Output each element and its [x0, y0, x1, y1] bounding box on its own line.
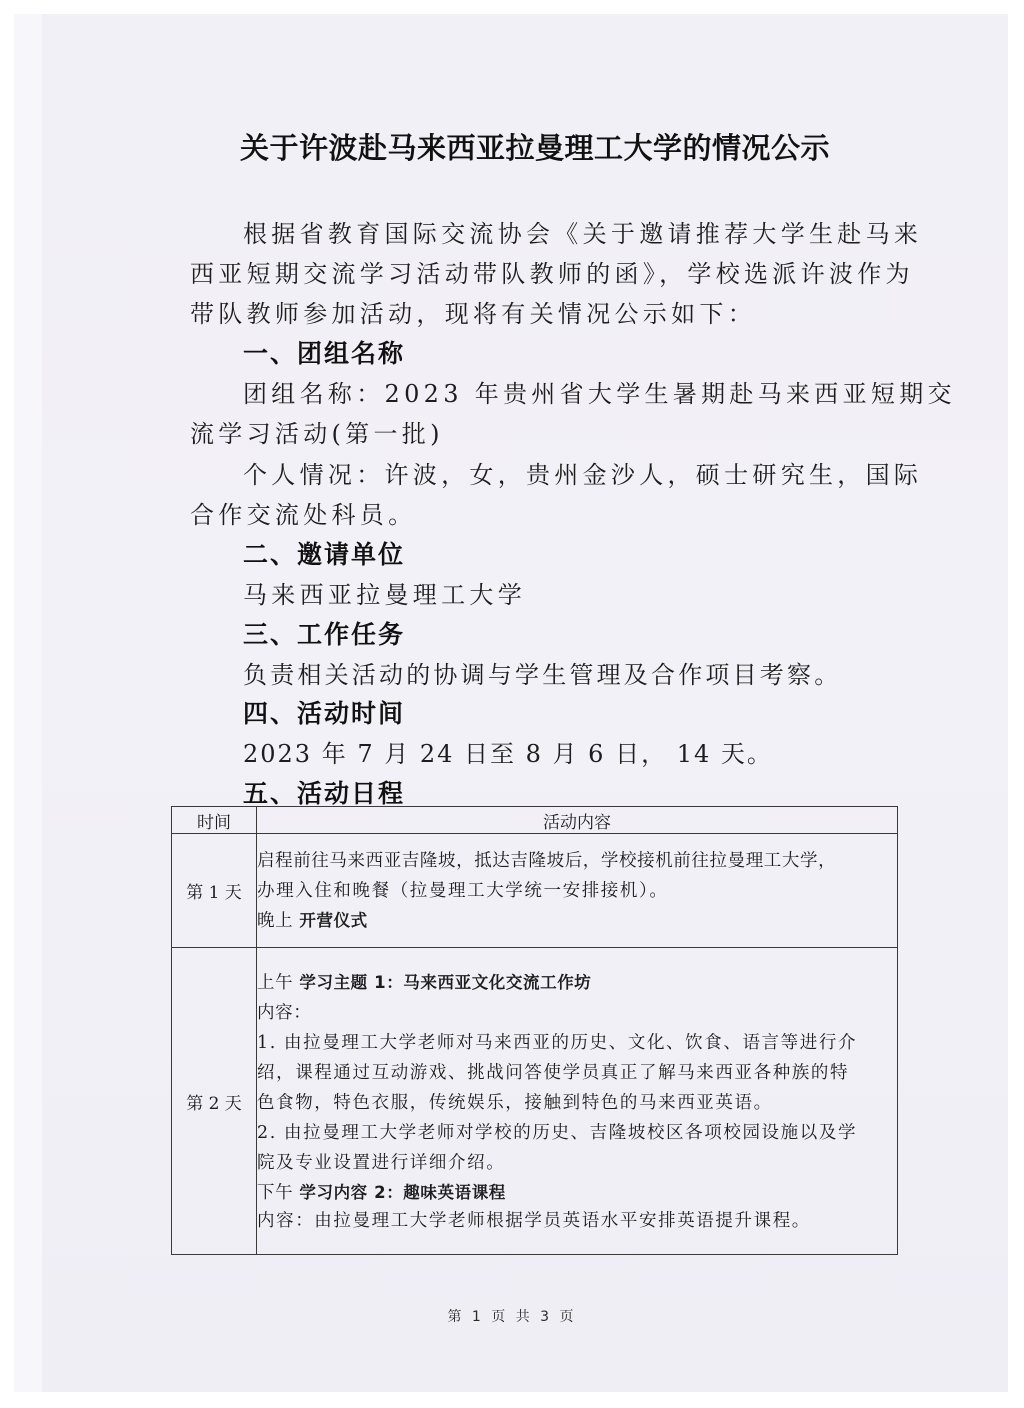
section-heading-5: 五、活动日程: [243, 774, 405, 810]
morning-line: 上午 学习主题 1：马来西亚文化交流工作坊: [257, 968, 897, 998]
content-line: 色食物，特色衣服，传统娱乐，接触到特色的马来西亚英语。: [257, 1088, 897, 1118]
intro-line-1: 根据省教育国际交流协会《关于邀请推荐大学生赴马来: [243, 214, 922, 249]
header-content: 活动内容: [257, 807, 898, 834]
afternoon-title: 学习内容 2：趣味英语课程: [299, 1183, 506, 1202]
group-name-line-2: 流学习活动(第一批): [190, 414, 444, 449]
table-row: 第 2 天 上午 学习主题 1：马来西亚文化交流工作坊 内容： 1. 由拉曼理工…: [172, 948, 898, 1255]
inviting-unit: 马来西亚拉曼理工大学: [243, 575, 526, 610]
morning-label: 上午: [257, 973, 293, 993]
table-row: 第 1 天 启程前往马来西亚吉隆坡，抵达吉隆坡后，学校接机前往拉曼理工大学， 办…: [172, 834, 898, 948]
table-header-row: 时间 活动内容: [172, 807, 898, 834]
schedule-table: 时间 活动内容 第 1 天 启程前往马来西亚吉隆坡，抵达吉隆坡后，学校接机前往拉…: [171, 806, 898, 1255]
afternoon-line: 下午 学习内容 2：趣味英语课程: [257, 1178, 897, 1208]
content-cell: 启程前往马来西亚吉隆坡，抵达吉隆坡后，学校接机前往拉曼理工大学， 办理入住和晚餐…: [257, 834, 898, 948]
section-heading-4: 四、活动时间: [243, 694, 405, 730]
content-label: 内容：: [257, 998, 897, 1028]
personal-info-line-2: 合作交流处科员。: [190, 495, 416, 530]
evening-text: 开营仪式: [299, 911, 367, 930]
evening-label: 晚上: [257, 911, 293, 931]
personal-info-line-1: 个人情况：许波，女，贵州金沙人，硕士研究生，国际: [243, 455, 922, 490]
section-heading-1: 一、团组名称: [243, 334, 405, 370]
group-name-line-1: 团组名称：2023 年贵州省大学生暑期赴马来西亚短期交: [243, 374, 956, 409]
section-heading-2: 二、邀请单位: [243, 535, 405, 571]
afternoon-label: 下午: [257, 1183, 293, 1203]
day-cell: 第 1 天: [172, 834, 257, 948]
intro-line-2: 西亚短期交流学习活动带队教师的函》，学校选派许波作为: [190, 254, 914, 289]
section-heading-3: 三、工作任务: [243, 615, 405, 651]
content-line: 绍，课程通过互动游戏、挑战问答使学员真正了解马来西亚各种族的特: [257, 1058, 897, 1088]
content-line: 办理入住和晚餐（拉曼理工大学统一安排接机）。: [257, 876, 897, 906]
afternoon-content: 内容：由拉曼理工大学老师根据学员英语水平安排英语提升课程。: [257, 1208, 897, 1234]
activity-time: 2023 年 7 月 24 日至 8 月 6 日， 14 天。: [243, 734, 773, 769]
content-line: 启程前往马来西亚吉隆坡，抵达吉隆坡后，学校接机前往拉曼理工大学，: [257, 846, 897, 876]
page-footer: 第 1 页 共 3 页: [0, 1306, 1024, 1326]
scan-edge-strip: [14, 14, 42, 1392]
morning-title: 学习主题 1：马来西亚文化交流工作坊: [299, 973, 591, 992]
work-task: 负责相关活动的协调与学生管理及合作项目考察。: [243, 655, 841, 690]
content-cell: 上午 学习主题 1：马来西亚文化交流工作坊 内容： 1. 由拉曼理工大学老师对马…: [257, 948, 898, 1255]
evening-line: 晚上 开营仪式: [257, 906, 897, 936]
content-line: 2. 由拉曼理工大学老师对学校的历史、吉隆坡校区各项校园设施以及学: [257, 1118, 897, 1148]
document-title: 关于许波赴马来西亚拉曼理工大学的情况公示: [0, 126, 1024, 167]
day-cell: 第 2 天: [172, 948, 257, 1255]
header-time: 时间: [172, 807, 257, 834]
content-line: 院及专业设置进行详细介绍。: [257, 1148, 897, 1178]
content-line: 1. 由拉曼理工大学老师对马来西亚的历史、文化、饮食、语言等进行介: [257, 1028, 897, 1058]
intro-line-3: 带队教师参加活动，现将有关情况公示如下：: [190, 294, 756, 329]
